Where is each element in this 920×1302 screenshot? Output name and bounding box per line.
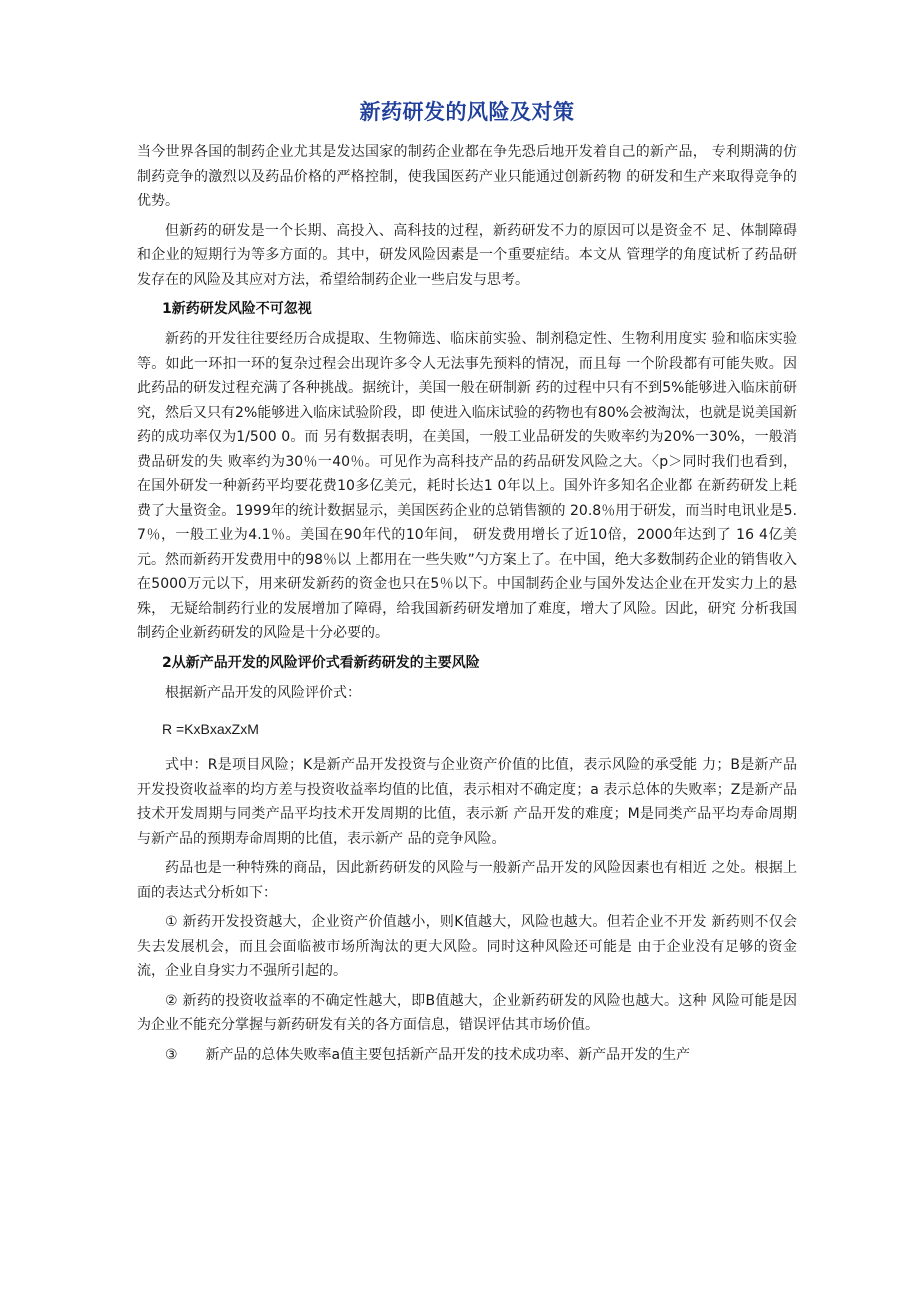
section-heading-2: 2从新产品开发的风险评价式看新药研发的主要风险 xyxy=(137,651,797,675)
document-title: 新药研发的风险及对策 xyxy=(137,96,797,128)
document-page: 新药研发的风险及对策 当今世界各国的制药企业尤其是发达国家的制药企业都在争先恐后… xyxy=(137,96,797,1072)
paragraph-formula-explanation: 式中：R是项目风险；K是新产品开发投资与企业资产价值的比值，表示风险的承受能 力… xyxy=(137,753,797,851)
risk-formula: R =KxBxaxZxM xyxy=(162,717,797,741)
paragraph-formula-intro: 根据新产品开发的风险评价式： xyxy=(137,681,797,706)
list-item-1: ① 新药开发投资越大，企业资产价值越小，则K值越大，风险也越大。但若企业不开发 … xyxy=(137,910,797,984)
list-item-2: ② 新药的投资收益率的不确定性越大，即B值越大，企业新药研发的风险也越大。这种 … xyxy=(137,989,797,1038)
intro-paragraph: 当今世界各国的制药企业尤其是发达国家的制药企业都在争先恐后地开发着自己的新产品，… xyxy=(137,140,797,214)
paragraph-research-difficulty: 但新药的研发是一个长期、高投入、高科技的过程，新药研发不力的原因可以是资金不 足… xyxy=(137,219,797,293)
section-heading-1: 1新药研发风险不可忽视 xyxy=(137,297,797,321)
paragraph-risk-statistics: 新药的开发往往要经历合成提取、生物筛选、临床前实验、制剂稳定性、生物利用度实 验… xyxy=(137,327,797,646)
list-item-3: ③ 新产品的总体失败率a值主要包括新产品开发的技术成功率、新产品开发的生产 xyxy=(137,1043,797,1068)
paragraph-analysis-intro: 药品也是一种特殊的商品，因此新药研发的风险与一般新产品开发的风险因素也有相近 之… xyxy=(137,856,797,905)
